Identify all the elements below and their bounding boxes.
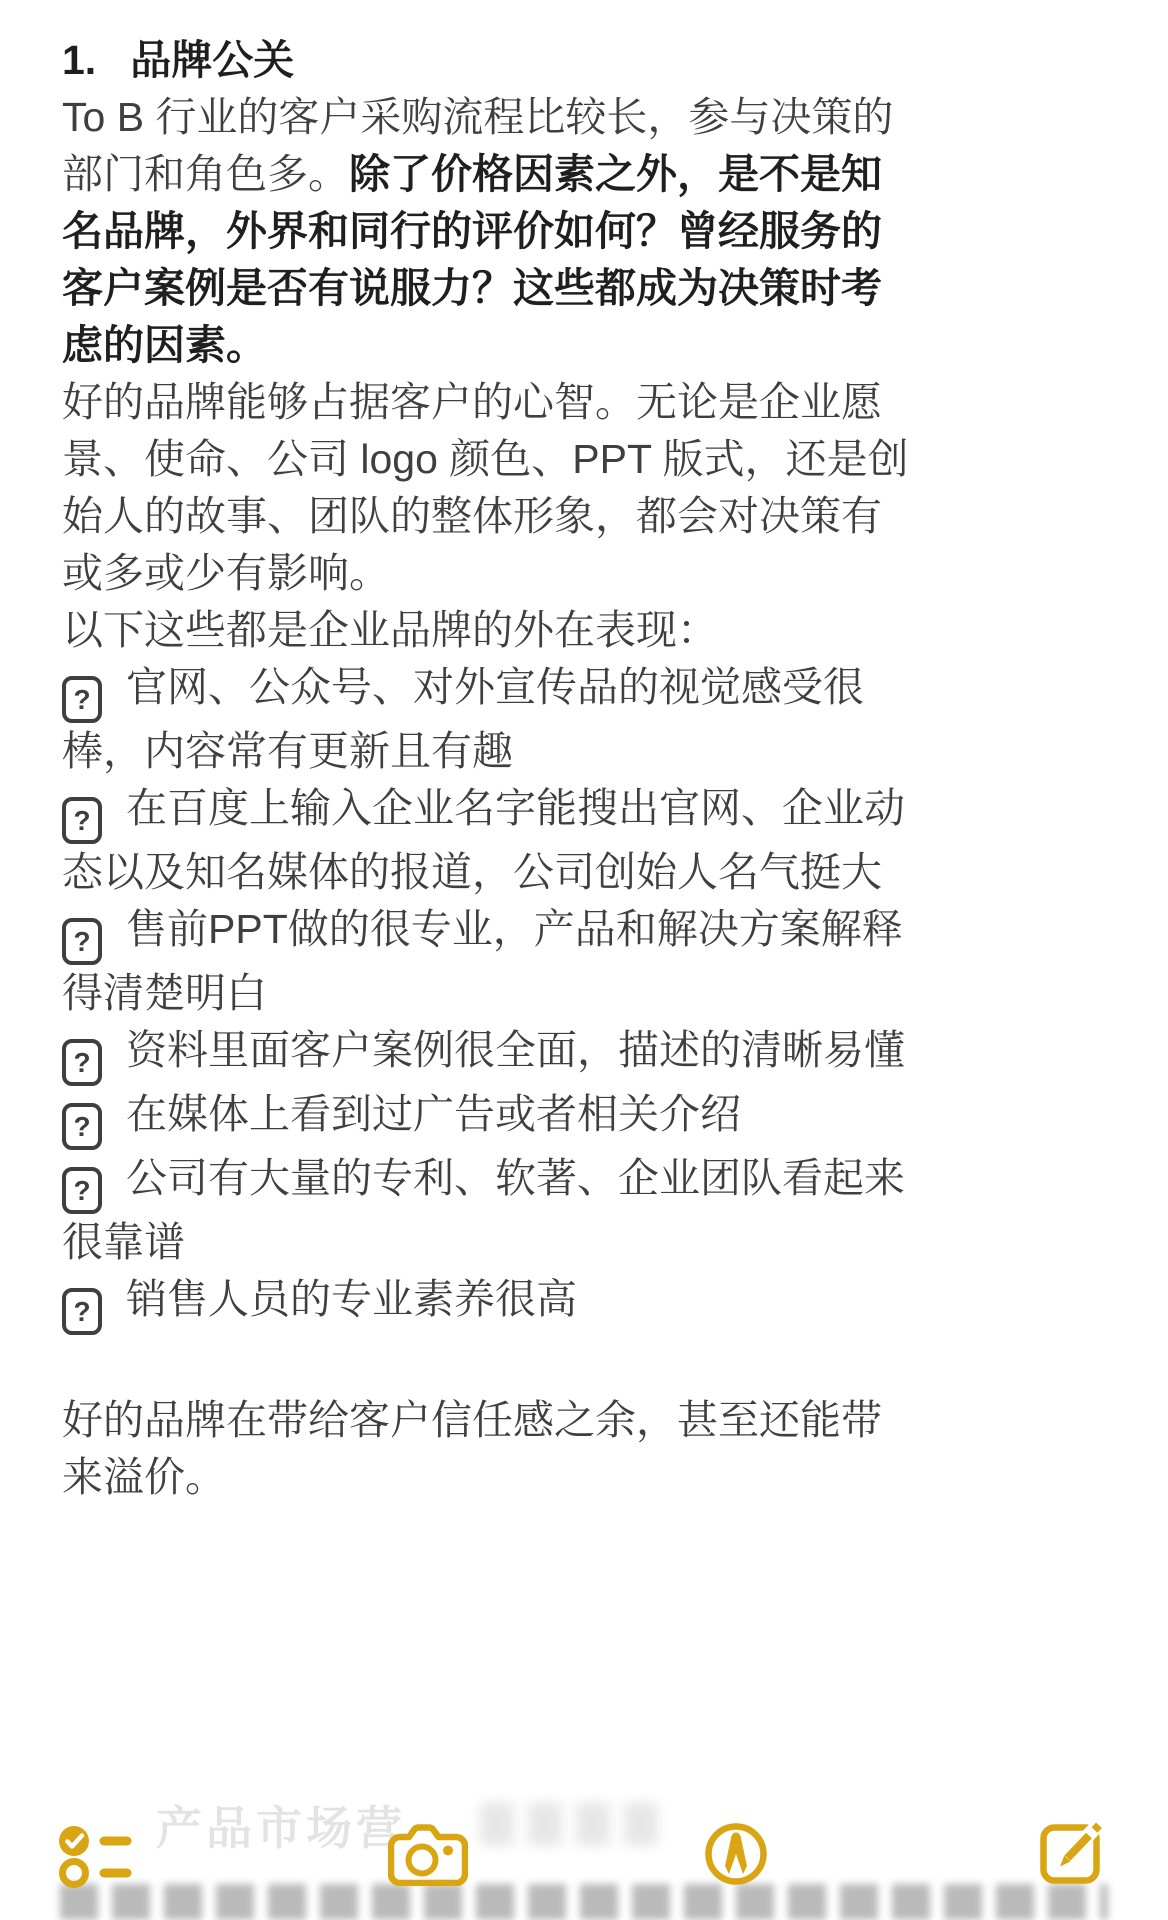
ghost-blurred-text-bottom	[60, 1884, 1108, 1920]
missing-glyph-icon: ?	[62, 797, 102, 844]
markup-pen-icon[interactable]	[705, 1820, 767, 1888]
checklist-item: ?官网、公众号、对外宣传品的视觉感受很棒，内容常有更新且有趣	[62, 659, 914, 780]
text-run: 好的品牌能够占据客户的心智。无论是企业愿景、使命、公司 logo 颜色、PPT …	[62, 379, 909, 596]
note-editor[interactable]: 1.品牌公关 To B 行业的客户采购流程比较长，参与决策的部门和角色多。除了价…	[62, 32, 914, 1506]
paragraph: To B 行业的客户采购流程比较长，参与决策的部门和角色多。除了价格因素之外，是…	[62, 89, 914, 374]
checklist-item-text: 在百度上输入企业名字能搜出官网、企业动态以及知名媒体的报道，公司创始人名气挺大	[62, 785, 905, 895]
blank-line	[62, 1335, 914, 1392]
checklist-item-text: 官网、公众号、对外宣传品的视觉感受很棒，内容常有更新且有趣	[62, 664, 864, 774]
paragraph: 好的品牌能够占据客户的心智。无论是企业愿景、使命、公司 logo 颜色、PPT …	[62, 374, 914, 602]
missing-glyph-icon: ?	[62, 676, 102, 723]
checklist-item: ?在媒体上看到过广告或者相关介绍	[62, 1086, 914, 1150]
checklist-item-text: 售前PPT做的很专业，产品和解决方案解释得清楚明白	[62, 906, 903, 1016]
checklist-item-text: 在媒体上看到过广告或者相关介绍	[126, 1091, 741, 1137]
checklist-item: ?在百度上输入企业名字能搜出官网、企业动态以及知名媒体的报道，公司创始人名气挺大	[62, 780, 914, 901]
notes-app-page: 1.品牌公关 To B 行业的客户采购流程比较长，参与决策的部门和角色多。除了价…	[0, 0, 1168, 1920]
missing-glyph-icon: ?	[62, 1288, 102, 1335]
missing-glyph-icon: ?	[62, 918, 102, 965]
compose-icon[interactable]	[1040, 1818, 1106, 1884]
note-body: To B 行业的客户采购流程比较长，参与决策的部门和角色多。除了价格因素之外，是…	[62, 89, 914, 1506]
checklist-item: ?销售人员的专业素养很高	[62, 1271, 914, 1335]
missing-glyph-icon: ?	[62, 1039, 102, 1086]
note-heading: 1.品牌公关	[62, 32, 914, 89]
heading-title: 品牌公关	[130, 37, 294, 83]
text-run: 好的品牌在带给客户信任感之余，甚至还能带来溢价。	[62, 1397, 882, 1500]
checklist-item-text: 资料里面客户案例很全面，描述的清晰易懂	[126, 1027, 905, 1073]
checklist-item-text: 销售人员的专业素养很高	[126, 1276, 577, 1322]
checklist-item-text: 公司有大量的专利、软著、企业团队看起来很靠谱	[62, 1155, 905, 1265]
text-run: 以下这些都是企业品牌的外在表现：	[62, 607, 718, 653]
missing-glyph-icon: ?	[62, 1103, 102, 1150]
checklist-item: ?公司有大量的专利、软著、企业团队看起来很靠谱	[62, 1150, 914, 1271]
camera-icon[interactable]	[388, 1824, 468, 1886]
missing-glyph-icon: ?	[62, 1167, 102, 1214]
checklist-icon[interactable]	[58, 1826, 134, 1888]
heading-number: 1.	[62, 37, 96, 83]
checklist-item: ?资料里面客户案例很全面，描述的清晰易懂	[62, 1022, 914, 1086]
checklist-item: ?售前PPT做的很专业，产品和解决方案解释得清楚明白	[62, 901, 914, 1022]
paragraph: 好的品牌在带给客户信任感之余，甚至还能带来溢价。	[62, 1392, 914, 1506]
paragraph: 以下这些都是企业品牌的外在表现：	[62, 602, 914, 659]
